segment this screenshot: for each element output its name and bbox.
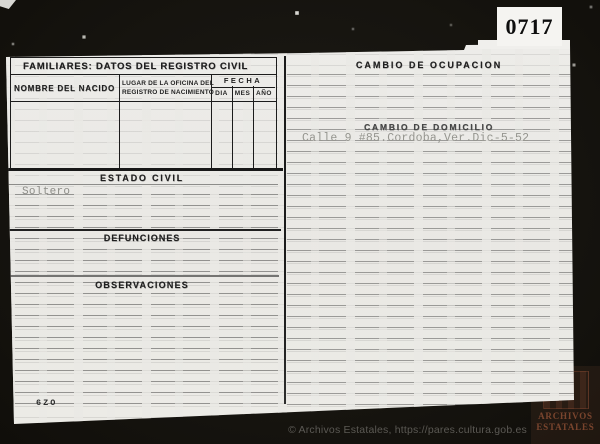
- table-divider-nombre-lugar: [119, 74, 120, 169]
- defunciones-rule: [6, 229, 281, 231]
- observaciones-rule: [6, 275, 279, 277]
- column-header-lugar: LUGAR DE LA OFICINA DEL REGISTRO DE NACI…: [122, 79, 211, 97]
- registry-table-header-row: NOMBRE DEL NACIDO LUGAR DE LA OFICINA DE…: [11, 75, 276, 102]
- card-content: FAMILIARES: DATOS DEL REGISTRO CIVIL NOM…: [6, 44, 576, 426]
- document-number-stamp: 0717: [497, 7, 562, 46]
- cambio-ocupacion-label: CAMBIO DE OCUPACION: [286, 60, 572, 70]
- cambio-domicilio-value: Calle 9 #85.Cordoba,Ver.Dic-5-52: [302, 132, 529, 145]
- column-header-lugar-line2: REGISTRO DE NACIMIENTO: [122, 88, 211, 97]
- estado-civil-label: ESTADO CIVIL: [6, 173, 278, 183]
- table-divider-lugar-fecha: [211, 74, 212, 169]
- card-center-divider: [284, 56, 286, 404]
- fecha-underline: [211, 87, 275, 88]
- document-number: 0717: [506, 14, 554, 40]
- archive-logo-line1: ARCHIVOS: [531, 411, 600, 422]
- column-header-lugar-line1: LUGAR DE LA OFICINA DEL: [122, 79, 211, 88]
- estado-civil-value: Soltero: [22, 186, 70, 198]
- registry-table: FAMILIARES: DATOS DEL REGISTRO CIVIL NOM…: [10, 57, 277, 170]
- archive-logo-line2: ESTATALES: [531, 422, 600, 433]
- column-header-ano: AÑO: [253, 90, 275, 97]
- registry-table-title: FAMILIARES: DATOS DEL REGISTRO CIVIL: [11, 58, 276, 75]
- estado-civil-underline: [6, 184, 278, 185]
- column-header-nombre: NOMBRE DEL NACIDO: [14, 84, 115, 93]
- column-header-dia: DIA: [211, 90, 232, 97]
- cambio-domicilio-label: CAMBIO DE DOMICILIO: [286, 122, 572, 132]
- column-header-fecha: FECHA: [211, 76, 275, 85]
- table-divider-mes-ano: [253, 86, 254, 169]
- table-divider-dia-mes: [232, 86, 233, 169]
- registry-card: FAMILIARES: DATOS DEL REGISTRO CIVIL NOM…: [6, 44, 576, 426]
- scanned-image-background: ARCHIVOS ESTATALES FAMILIARES: DATOS DEL…: [0, 0, 600, 444]
- column-header-mes: MES: [232, 90, 253, 97]
- observaciones-label: OBSERVACIONES: [6, 280, 278, 290]
- corner-code: 6ZO: [36, 398, 57, 408]
- defunciones-label: DEFUNCIONES: [6, 233, 278, 243]
- archive-watermark-text: © Archivos Estatales, https://pares.cult…: [288, 424, 527, 436]
- corner-paper-sliver: [0, 0, 16, 9]
- estado-civil-rule: [6, 168, 283, 171]
